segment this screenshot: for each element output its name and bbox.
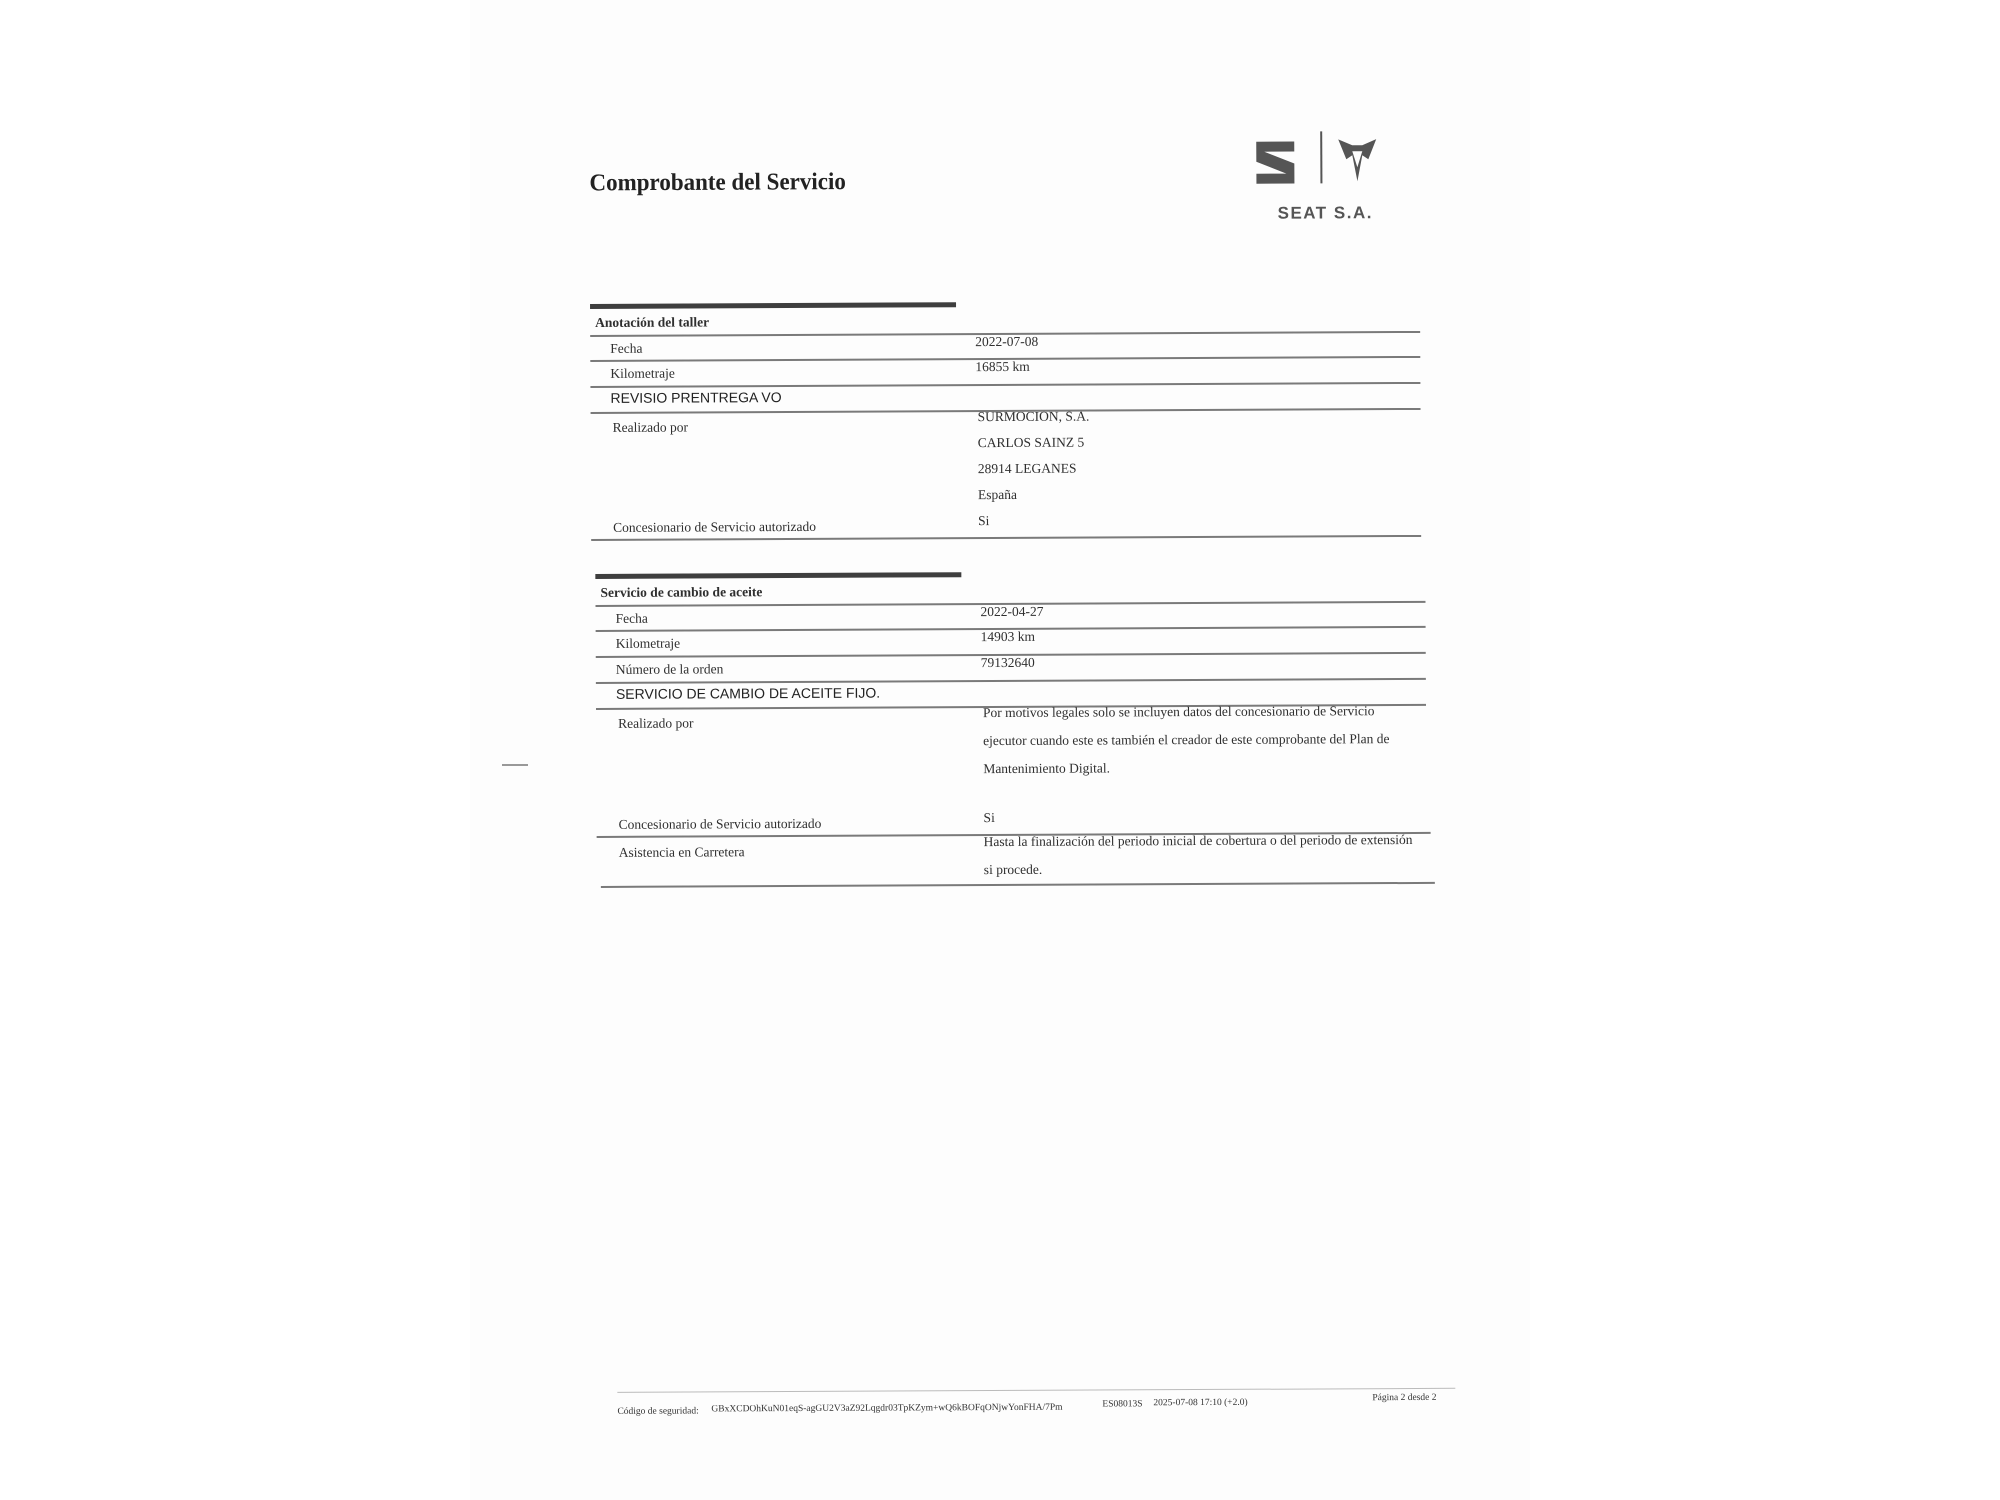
dealer-code: ES08013S — [1102, 1399, 1142, 1409]
section-heading: Servicio de cambio de aceite — [600, 584, 762, 601]
coverage-line: si procede. — [984, 862, 1043, 878]
field-label: Kilometraje — [616, 636, 681, 652]
section-heading: Anotación del taller — [595, 314, 709, 331]
page-number: Página 2 desde 2 — [1372, 1393, 1436, 1403]
seat-logo-icon — [1256, 142, 1294, 184]
coverage-line: Hasta la finalización del periodo inicia… — [984, 832, 1413, 850]
section-workshop-annotation: Anotación del taller Fecha 2022-07-08 Ki… — [0, 0, 1999, 3]
field-value: 79132640 — [981, 655, 1035, 671]
logo-divider — [1320, 131, 1322, 183]
footer-divider — [617, 1388, 1455, 1393]
field-label: Concesionario de Servicio autorizado — [619, 816, 822, 833]
cupra-logo-icon — [1338, 139, 1376, 181]
timestamp: 2025-07-08 17:10 (+2.0) — [1153, 1398, 1247, 1408]
field-value: 2022-04-27 — [980, 604, 1043, 620]
notice-line: Mantenimiento Digital. — [983, 760, 1110, 777]
service-name: SERVICIO DE CAMBIO DE ACEITE FIJO. — [616, 685, 880, 702]
footer: Código de seguridad: GBxXCDOhKuN01eqS-ag… — [0, 0, 1999, 3]
service-name: REVISIO PRENTREGA VO — [610, 389, 781, 406]
row-divider — [591, 535, 1421, 541]
field-label: Realizado por — [613, 420, 688, 436]
section-bar — [595, 572, 961, 579]
field-label: Kilometraje — [610, 366, 675, 382]
row-divider — [590, 382, 1420, 388]
field-value: Si — [983, 810, 994, 826]
address-line: 28914 LEGANES — [978, 461, 1077, 477]
notice-line: ejecutor cuando este es también el cread… — [983, 731, 1389, 749]
address-line: España — [978, 487, 1017, 503]
address-line: CARLOS SAINZ 5 — [978, 435, 1085, 452]
field-value: 16855 km — [975, 359, 1029, 375]
field-label: Realizado por — [618, 715, 693, 731]
row-divider — [601, 882, 1435, 888]
row-divider — [596, 678, 1426, 684]
field-label: Número de la orden — [616, 661, 724, 678]
document-content: Comprobante del Servicio SEAT S.A. Anota… — [0, 0, 2000, 1500]
notice-line: Por motivos legales solo se incluyen dat… — [983, 703, 1374, 721]
field-label: Concesionario de Servicio autorizado — [613, 519, 816, 536]
page-title: Comprobante del Servicio — [589, 168, 846, 197]
field-value: 14903 km — [981, 629, 1035, 645]
section-oil-change: Servicio de cambio de aceite Fecha 2022-… — [0, 0, 1999, 3]
address-line: SURMOCION, S.A. — [978, 409, 1090, 426]
field-label: Asistencia en Carretera — [619, 844, 745, 861]
field-value: Si — [978, 513, 989, 529]
brand-caption: SEAT S.A. — [1278, 203, 1373, 223]
field-label: Fecha — [616, 611, 648, 627]
field-value: 2022-07-08 — [975, 334, 1038, 350]
security-code-label: Código de seguridad: — [617, 1406, 698, 1416]
security-code: GBxXCDOhKuN01eqS-agGU2V3aZ92Lqgdr03TpKZy… — [711, 1403, 1062, 1415]
section-bar — [590, 302, 956, 309]
field-label: Fecha — [610, 341, 642, 357]
